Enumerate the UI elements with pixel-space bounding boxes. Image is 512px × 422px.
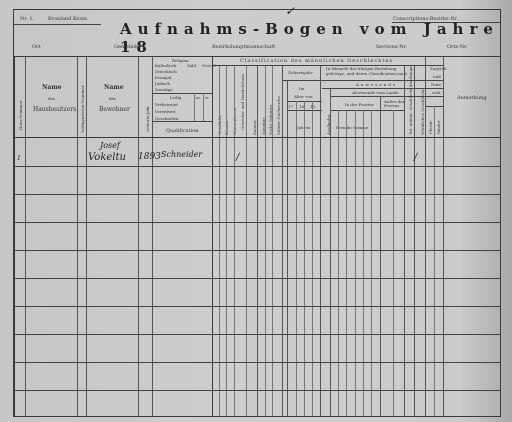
foreign-group-header: In Hinsicht der übrigen Beziehung gehöri…: [326, 66, 416, 76]
col-line-29: [414, 66, 415, 416]
row-line-5: [14, 278, 501, 279]
section-number-label: Sections-Nr.: [376, 44, 407, 50]
livestock-col-horses: Pferde: [428, 121, 433, 134]
religion-row-evangelical: Evangel.: [155, 75, 173, 80]
municipality-label: Gemeinde: [114, 44, 140, 50]
col-line-22: [346, 110, 347, 416]
crownland-label: Kronland Krain.: [48, 16, 88, 22]
col-line-31: [434, 106, 435, 416]
check-mark: ✓: [285, 4, 295, 18]
marital-box-bottom: [153, 121, 213, 122]
house-number-header: Haus-Nummer: [18, 100, 23, 130]
present-header: Anwesende: [356, 82, 397, 87]
row-line-8: [14, 362, 501, 363]
col-line-23: [355, 110, 356, 416]
age-col-17: 17: [288, 104, 293, 109]
religion-row-jewish: Jüdisch: [155, 81, 170, 86]
row-line-3: [14, 222, 501, 223]
form-number: Nr. 1.: [20, 16, 34, 22]
resident-name-header: Name: [104, 84, 124, 91]
marital-col-w: w.: [205, 95, 209, 100]
row-1-total-mark[interactable]: /: [414, 152, 417, 163]
col-line-24: [363, 110, 364, 416]
row-line-2: [14, 194, 501, 195]
religion-col-count: Zahl: [187, 63, 196, 68]
entire-total-header: Tot. männl. Geschlecht überhaupt: [408, 66, 413, 135]
class-col-tradesmen: Gewerbs- und Handelsleute: [240, 74, 245, 130]
absent-group-header: Abwesende vom Lande: [352, 90, 399, 95]
birth-year-group-rule: [282, 80, 322, 81]
owner-name-header: Name: [42, 84, 62, 91]
col-line-13: [272, 66, 273, 416]
row-line-4: [14, 250, 501, 251]
birth-year-group-header: Geburtsjahr: [288, 70, 312, 75]
religion-row-catholic: Katholisch: [155, 63, 176, 68]
livestock-header-2: und: [433, 74, 441, 79]
row-line-1: [14, 166, 501, 167]
marital-row-widowed: Verwitwet: [155, 109, 176, 114]
col-line-8: [226, 66, 227, 416]
owner-name-header-owner: Hausbesitzers: [33, 106, 76, 113]
dwelling-number-header: Wohnparteien-Nummer: [80, 85, 85, 133]
col-line-11: [257, 66, 258, 416]
row-1-class-mark[interactable]: /: [236, 152, 239, 163]
absent-group-rule: [330, 96, 444, 97]
col-line-right: [500, 9, 501, 417]
religion-row-greek: Griechisch: [155, 69, 177, 74]
owner-name-header-of: des: [48, 96, 55, 101]
row-line-9: [14, 390, 501, 391]
row-line-6: [14, 306, 501, 307]
district-office-label: Bezirkshauptmannschaft: [212, 44, 275, 50]
col-line-14: [282, 66, 283, 416]
col-line-21: [338, 110, 339, 416]
remarks-header: Anmerkung: [457, 95, 487, 101]
col-line-9: [234, 66, 235, 416]
qualification-header: Qualification: [166, 128, 198, 134]
col-line-25: [371, 110, 372, 416]
form-title: Aufnahms-Bogen vom Jahre 18: [120, 20, 512, 56]
row-1-birth-year[interactable]: 1893: [138, 152, 161, 162]
birth-year-header: Geburts-Jahr: [145, 106, 150, 132]
livestock-header-4: vieh: [432, 90, 440, 95]
row-1-resident-first-name[interactable]: Josef: [100, 141, 120, 150]
marital-divider-1: [194, 93, 195, 121]
age-group-label: Alter von: [294, 94, 313, 99]
col-line-16: [296, 101, 297, 416]
col-line-17: [304, 101, 305, 416]
col-line-10: [246, 66, 247, 416]
place-number-label: Orts-Nr.: [447, 44, 468, 50]
outside-province-header: Außer der Provinz: [384, 100, 406, 108]
resident-name-header-of: der: [109, 96, 116, 101]
col-line-18: [312, 101, 313, 416]
marital-box-title: Ledig: [170, 95, 181, 100]
col-line-7: [219, 66, 220, 416]
row-1-house-number[interactable]: 1: [17, 155, 21, 162]
col-line-15: [287, 80, 288, 416]
within-province-header: In der Provinz: [345, 102, 374, 107]
col-line-26: [380, 96, 381, 416]
age-group-in: Im: [299, 86, 304, 91]
row-1-qualification[interactable]: Schneider: [161, 150, 202, 159]
crownland-underline: [13, 24, 101, 25]
place-label: Ort: [32, 44, 41, 50]
marital-divider-2: [203, 93, 204, 121]
resident-name-header-residents: Bewohner: [99, 106, 130, 113]
livestock-col-cattle: Rinder: [436, 120, 441, 134]
marital-row-married: Verheiratet: [155, 102, 178, 107]
col-line-28: [404, 66, 405, 416]
religion-row-other: Sonstige: [155, 87, 173, 92]
census-form-sheet: Nr. 1. Kronland Krain. Conscriptions-Bez…: [0, 0, 512, 422]
class-col-military: Militär-Nachwuchs: [276, 96, 281, 135]
row-1-resident-surname[interactable]: Vokeltu: [88, 152, 126, 163]
col-line-19: [320, 66, 321, 416]
header-bottom-rule: [14, 137, 501, 138]
religion-box-bottom: [153, 93, 213, 94]
col-line-12: [265, 66, 266, 416]
row-line-7: [14, 334, 501, 335]
col-line-27: [393, 110, 394, 416]
marital-col-m: m.: [196, 95, 201, 100]
classification-header: Classification des männlichen Geschlecht…: [240, 58, 393, 64]
livestock-header-3: Nutz-: [431, 82, 442, 87]
